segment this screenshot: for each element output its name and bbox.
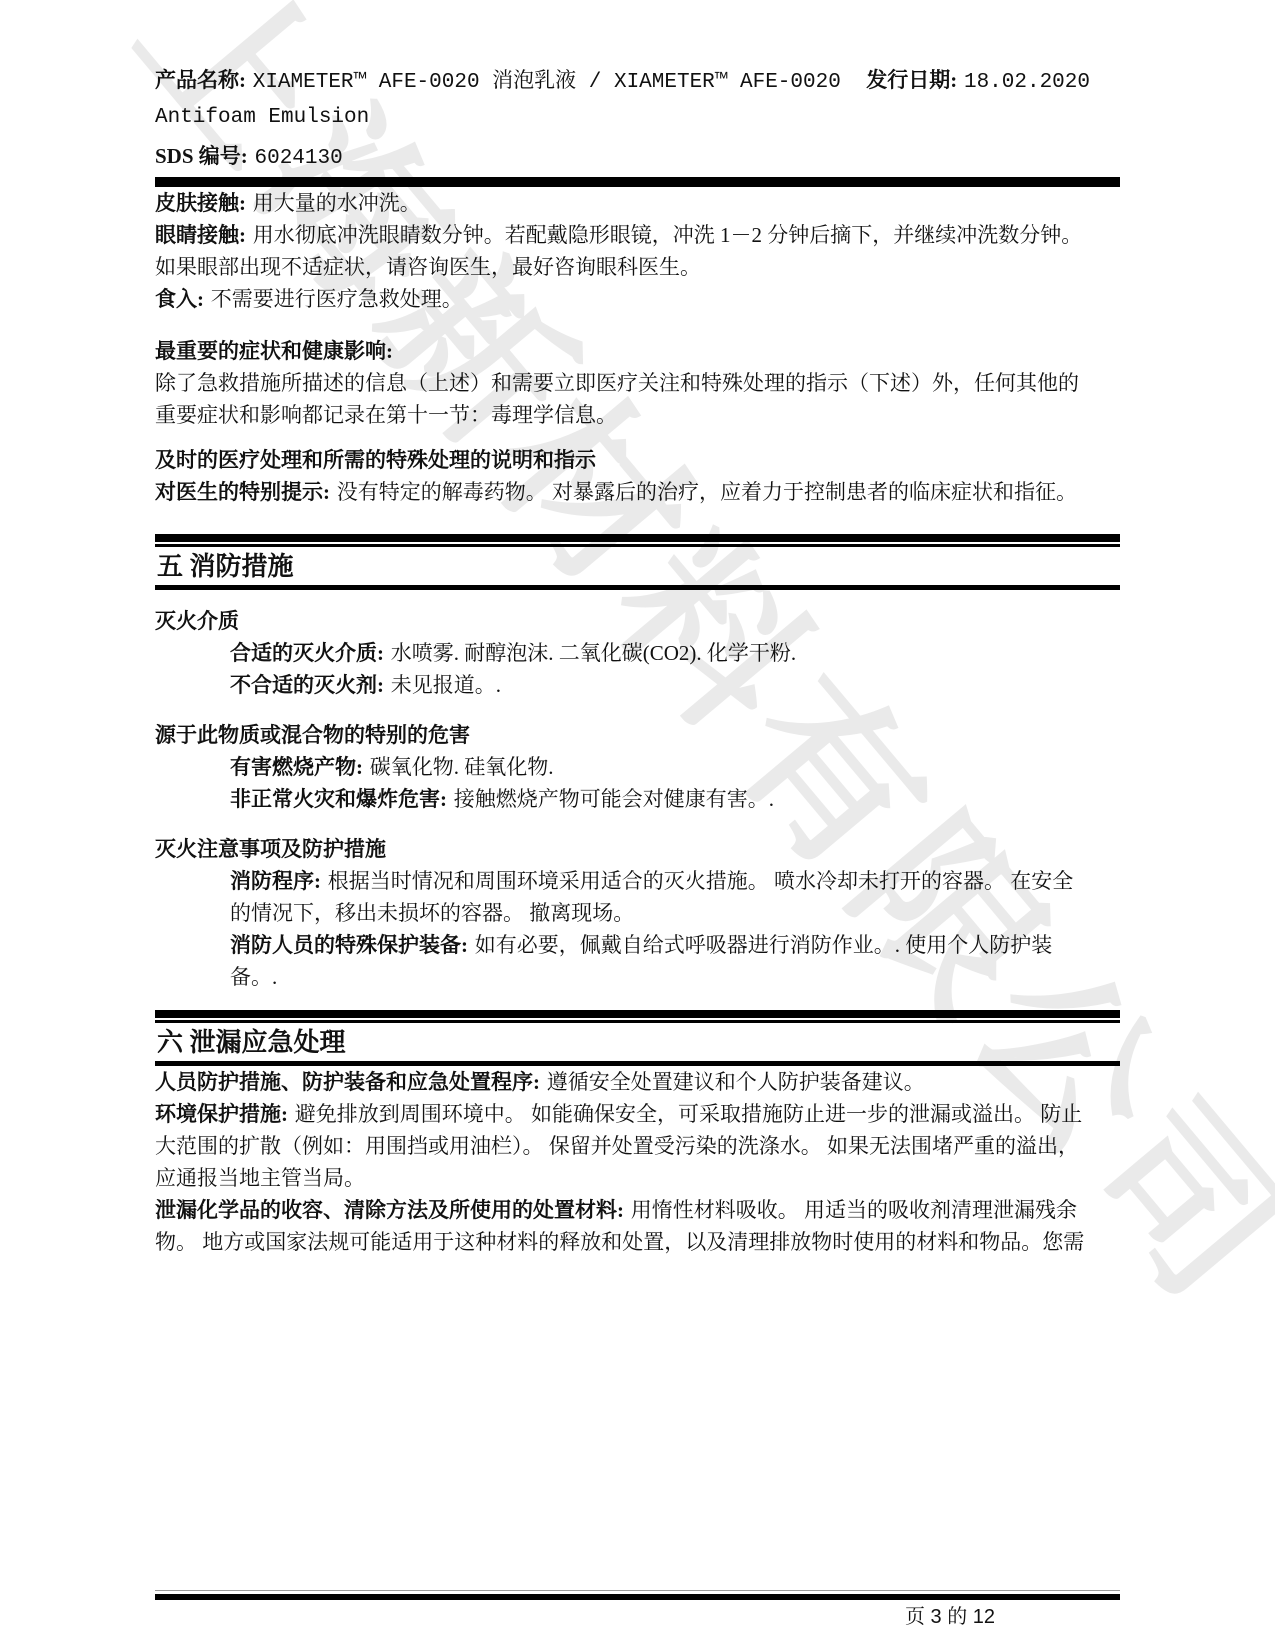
environmental-precautions-label: 环境保护措施: [155, 1102, 288, 1126]
header-divider-rule [155, 177, 1120, 187]
footer-rule-thick [155, 1594, 1120, 1600]
unusual-hazards-paragraph: 非正常火灾和爆炸危害:接触燃烧产物可能会对健康有害。. [155, 783, 1120, 815]
combustion-products-text: 碳氧化物. 硅氧化物. [370, 755, 554, 779]
firefighter-equipment-paragraph: 消防人员的特殊保护装备:如有必要，佩戴自给式呼吸器进行消防作业。. 使用个人防护… [155, 929, 1120, 993]
eye-contact-paragraph: 眼睛接触:用水彻底冲洗眼睛数分钟。若配戴隐形眼镜，冲洗 1－2 分钟后摘下，并继… [155, 219, 1120, 283]
personal-precautions-label: 人员防护措施、防护装备和应急处置程序: [155, 1070, 540, 1094]
symptoms-paragraph: 除了急救措施所描述的信息（上述）和需要立即医疗关注和特殊处理的指示（下述）外，任… [155, 367, 1120, 431]
unusual-hazards-text: 接触燃烧产物可能会对健康有害。. [454, 787, 774, 811]
section6-header: 六 泄漏应急处理 [155, 1010, 1120, 1066]
document-header: 产品名称:XIAMETER™ AFE-0020 消泡乳液 / XIAMETER™… [155, 64, 1120, 134]
unsuitable-media-text: 未见报道。. [391, 673, 501, 697]
suitable-media-text: 水喷雾. 耐醇泡沫. 二氧化碳(CO2). 化学干粉. [391, 641, 796, 665]
fire-procedures-text: 根据当时情况和周围环境采用适合的灭火措施。 喷水冷却未打开的容器。 在安全的情况… [230, 869, 1073, 925]
section6-top-rule-thin [155, 1020, 1120, 1023]
ingestion-text: 不需要进行医疗急救处理。 [211, 287, 463, 311]
issue-date-block: 发行日期:18.02.2020 [866, 64, 1120, 99]
combustion-products-label: 有害燃烧产物: [230, 755, 363, 779]
doctor-note-text: 没有特定的解毒药物。 对暴露后的治疗，应着力于控制患者的临床症状和指征。 [337, 480, 1077, 504]
combustion-products-paragraph: 有害燃烧产物:碳氧化物. 硅氧化物. [155, 751, 1120, 783]
issue-date-label: 发行日期: [866, 68, 957, 92]
footer-divider [155, 1590, 1120, 1600]
symptoms-heading: 最重要的症状和健康影响: [155, 335, 1120, 367]
ingestion-label: 食入: [155, 287, 204, 311]
page-number: 页 3 的 12 [905, 1604, 995, 1630]
section5-top-rule-thick [155, 534, 1120, 542]
product-name-label: 产品名称: [155, 68, 246, 92]
section6-top-rule-thick [155, 1010, 1120, 1018]
doctor-note-label: 对医生的特别提示: [155, 480, 330, 504]
section5-bottom-rule [155, 585, 1120, 590]
firefighter-equipment-label: 消防人员的特殊保护装备: [230, 933, 468, 957]
skin-contact-label: 皮肤接触: [155, 191, 246, 215]
unsuitable-media-label: 不合适的灭火剂: [230, 673, 384, 697]
doctor-note-paragraph: 对医生的特别提示:没有特定的解毒药物。 对暴露后的治疗，应着力于控制患者的临床症… [155, 476, 1120, 508]
product-name-value: XIAMETER™ AFE-0020 消泡乳液 / XIAMETER™ AFE-… [155, 71, 841, 129]
issue-date-value: 18.02.2020 [964, 71, 1090, 94]
fire-procedures-paragraph: 消防程序:根据当时情况和周围环境采用适合的灭火措施。 喷水冷却未打开的容器。 在… [155, 865, 1120, 929]
skin-contact-paragraph: 皮肤接触:用大量的水冲洗。 [155, 187, 1120, 219]
containment-cleanup-label: 泄漏化学品的收容、清除方法及所使用的处置材料: [155, 1198, 624, 1222]
suitable-media-label: 合适的灭火介质: [230, 641, 384, 665]
sds-number-value: 6024130 [255, 147, 343, 170]
sds-document-page: 上海新材料有限公司 产品名称:XIAMETER™ AFE-0020 消泡乳液 /… [0, 0, 1275, 1650]
sds-number-label: SDS 编号: [155, 144, 248, 168]
special-hazards-heading: 源于此物质或混合物的特别的危害 [155, 719, 1120, 751]
personal-precautions-text: 遵循安全处置建议和个人防护装备建议。 [547, 1070, 925, 1094]
medical-treatment-heading: 及时的医疗处理和所需的特殊处理的说明和指示 [155, 444, 1120, 476]
fire-procedures-label: 消防程序: [230, 869, 321, 893]
sds-number-block: SDS 编号:6024130 [155, 140, 1120, 175]
section6-title: 六 泄漏应急处理 [157, 1027, 1120, 1059]
unusual-hazards-label: 非正常火灾和爆炸危害: [230, 787, 447, 811]
unsuitable-media-paragraph: 不合适的灭火剂:未见报道。. [155, 669, 1120, 701]
section5-title: 五 消防措施 [157, 551, 1120, 583]
environmental-precautions-paragraph: 环境保护措施:避免排放到周围环境中。 如能确保安全，可采取措施防止进一步的泄漏或… [155, 1098, 1120, 1194]
page-content: 产品名称:XIAMETER™ AFE-0020 消泡乳液 / XIAMETER™… [155, 64, 1120, 1258]
ingestion-paragraph: 食入:不需要进行医疗急救处理。 [155, 283, 1120, 315]
eye-contact-text: 用水彻底冲洗眼睛数分钟。若配戴隐形眼镜，冲洗 1－2 分钟后摘下，并继续冲洗数分… [155, 223, 1082, 279]
environmental-precautions-text: 避免排放到周围环境中。 如能确保安全，可采取措施防止进一步的泄漏或溢出。 防止大… [155, 1102, 1082, 1190]
section5-top-rule-thin [155, 544, 1120, 547]
extinguishing-media-heading: 灭火介质 [155, 605, 1120, 637]
skin-contact-text: 用大量的水冲洗。 [253, 191, 421, 215]
firefighting-precautions-heading: 灭火注意事项及防护措施 [155, 833, 1120, 865]
section5-header: 五 消防措施 [155, 534, 1120, 590]
eye-contact-label: 眼睛接触: [155, 223, 246, 247]
containment-cleanup-paragraph: 泄漏化学品的收容、清除方法及所使用的处置材料:用惰性材料吸收。 用适当的吸收剂清… [155, 1194, 1120, 1258]
personal-precautions-paragraph: 人员防护措施、防护装备和应急处置程序:遵循安全处置建议和个人防护装备建议。 [155, 1066, 1120, 1098]
suitable-media-paragraph: 合适的灭火介质:水喷雾. 耐醇泡沫. 二氧化碳(CO2). 化学干粉. [155, 637, 1120, 669]
footer-rule-thin [155, 1590, 1120, 1591]
product-name-block: 产品名称:XIAMETER™ AFE-0020 消泡乳液 / XIAMETER™… [155, 64, 855, 134]
